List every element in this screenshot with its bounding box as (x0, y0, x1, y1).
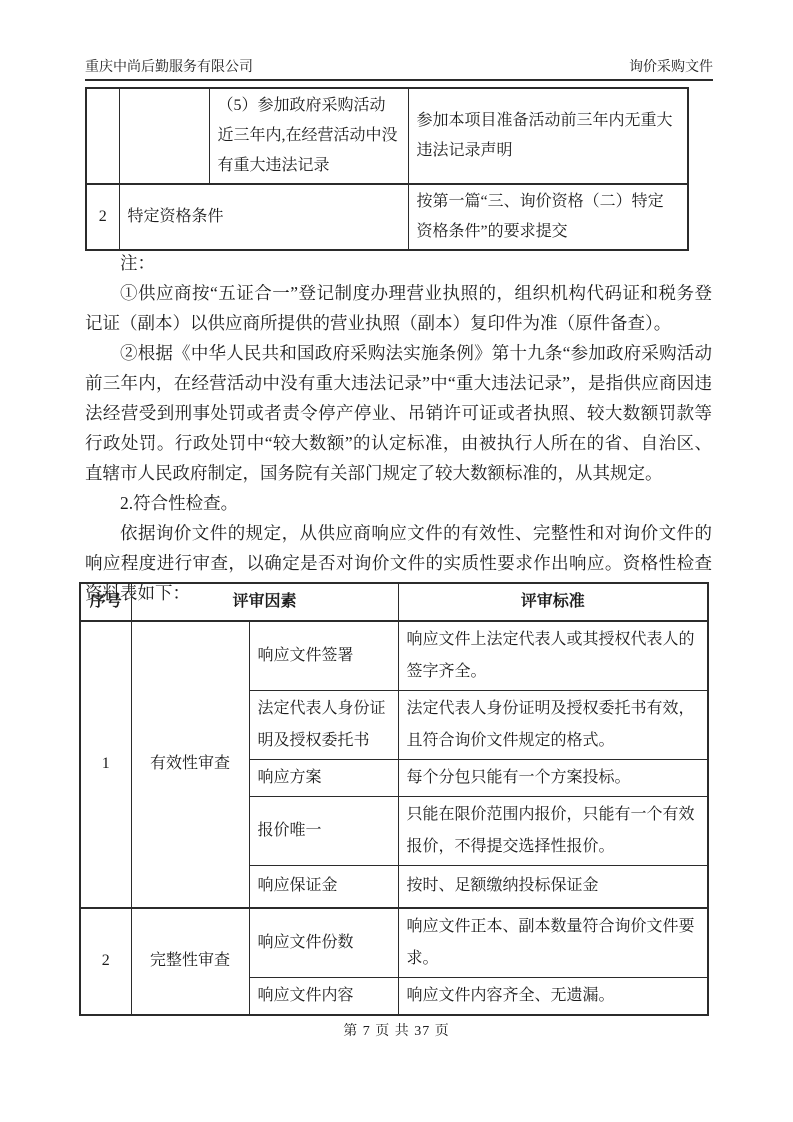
header-rule (85, 79, 713, 81)
factor-cell: 响应文件签署 (249, 621, 398, 691)
company-name: 重庆中尚后勤服务有限公司 (85, 59, 253, 77)
page-footer: 第 7 页 共 37 页 (0, 1020, 793, 1040)
sub-cell (119, 88, 209, 184)
qualification-table: （5）参加政府采购活动近三年内,在经营活动中没有重大违法记录 参加本项目准备活动… (85, 87, 689, 251)
header-seq: 序号 (80, 583, 131, 621)
doc-type-label: 询价采购文件 (629, 59, 713, 77)
group-seq: 2 (80, 908, 131, 1015)
header-standard: 评审标准 (398, 583, 708, 621)
table-row: （5）参加政府采购活动近三年内,在经营活动中没有重大违法记录 参加本项目准备活动… (86, 88, 688, 184)
notes-label: 注： (85, 248, 712, 278)
standard-cell: 每个分包只能有一个方案投标。 (398, 760, 708, 797)
review-table: 序号 评审因素 评审标准 1 有效性审查 响应文件签署 响应文件上法定代表人或其… (79, 582, 709, 1016)
standard-cell: 只能在限价范围内报价，只能有一个有效报价，不得提交选择性报价。 (398, 797, 708, 866)
document-page: 重庆中尚后勤服务有限公司 询价采购文件 （5）参加政府采购活动近三年内,在经营活… (0, 0, 793, 1122)
header-factor: 评审因素 (131, 583, 398, 621)
standard-cell: 参加本项目准备活动前三年内无重大违法记录声明 (408, 88, 688, 184)
group-seq: 1 (80, 621, 131, 908)
section-heading: 2.符合性检查。 (85, 488, 712, 518)
group-category: 有效性审查 (131, 621, 249, 908)
group-category: 完整性审查 (131, 908, 249, 1015)
factor-cell: （5）参加政府采购活动近三年内,在经营活动中没有重大违法记录 (209, 88, 408, 184)
factor-cell: 报价唯一 (249, 797, 398, 866)
table-row: 1 有效性审查 响应文件签署 响应文件上法定代表人或其授权代表人的签字齐全。 (80, 621, 708, 691)
page-number: 第 7 页 共 37 页 (343, 1024, 450, 1039)
table-header-row: 序号 评审因素 评审标准 (80, 583, 708, 621)
note-paragraph-2: ②根据《中华人民共和国政府采购法实施条例》第十九条“参加政府采购活动前三年内，在… (85, 338, 712, 488)
seq-cell (86, 88, 119, 184)
body-text: 注： ①供应商按“五证合一”登记制度办理营业执照的，组织机构代码证和税务登记证（… (85, 248, 712, 608)
standard-cell: 响应文件上法定代表人或其授权代表人的签字齐全。 (398, 621, 708, 691)
standard-cell: 响应文件内容齐全、无遗漏。 (398, 977, 708, 1015)
factor-cell: 法定代表人身份证明及授权委托书 (249, 691, 398, 760)
factor-cell: 响应方案 (249, 760, 398, 797)
standard-cell: 响应文件正本、副本数量符合询价文件要求。 (398, 908, 708, 978)
table-row: 2 特定资格条件 按第一篇“三、询价资格（二）特定资格条件”的要求提交 (86, 184, 688, 250)
page-header: 重庆中尚后勤服务有限公司 询价采购文件 (85, 59, 713, 77)
note-paragraph-1: ①供应商按“五证合一”登记制度办理营业执照的，组织机构代码证和税务登记证（副本）… (85, 278, 712, 338)
seq-cell: 2 (86, 184, 119, 250)
factor-cell: 特定资格条件 (119, 184, 408, 250)
factor-cell: 响应文件份数 (249, 908, 398, 978)
standard-cell: 按时、足额缴纳投标保证金 (398, 866, 708, 908)
standard-cell: 法定代表人身份证明及授权委托书有效，且符合询价文件规定的格式。 (398, 691, 708, 760)
table-row: 2 完整性审查 响应文件份数 响应文件正本、副本数量符合询价文件要求。 (80, 908, 708, 978)
factor-cell: 响应文件内容 (249, 977, 398, 1015)
factor-cell: 响应保证金 (249, 866, 398, 908)
standard-cell: 按第一篇“三、询价资格（二）特定资格条件”的要求提交 (408, 184, 688, 250)
